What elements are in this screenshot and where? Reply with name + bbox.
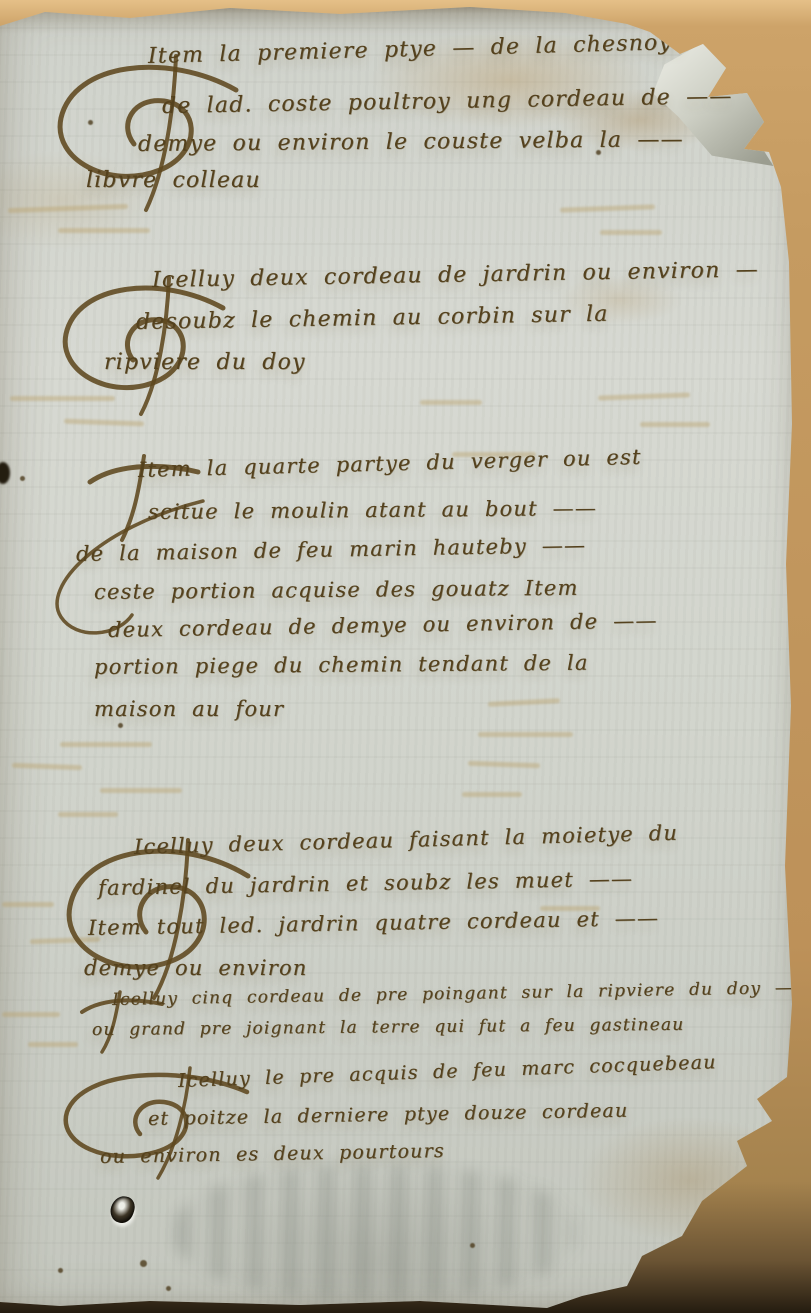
flourished-initial <box>55 272 230 417</box>
ghost-bleedthrough <box>598 392 690 400</box>
ghost-bleedthrough <box>58 812 118 817</box>
manuscript-line: demye ou environ le couste velba la —— <box>138 127 684 157</box>
ghost-bleedthrough <box>100 788 182 793</box>
ghost-bleedthrough <box>64 419 144 427</box>
ink-speck <box>58 1268 63 1273</box>
manuscript-line: scitue le moulin atant au bout —— <box>148 496 597 524</box>
manuscript-line: maison au four <box>94 697 284 721</box>
ink-speck <box>118 723 123 728</box>
manuscript-line: Item la quarte partye du verger ou est <box>138 445 642 482</box>
ghost-bleedthrough <box>420 400 482 405</box>
manuscript-line: Icelluy deux cordeau de jardrin ou envir… <box>152 257 759 293</box>
ghost-bleedthrough <box>2 1012 60 1017</box>
ghost-bleedthrough <box>600 230 662 235</box>
bottom-smudge-stain <box>175 1165 575 1300</box>
photo-background: Item la premiere ptye — de la chesnoye d… <box>0 0 811 1313</box>
ghost-bleedthrough <box>2 902 54 907</box>
manuscript-line: portion piege du chemin tendant de la <box>94 651 589 679</box>
ghost-bleedthrough <box>60 742 152 747</box>
manuscript-line: ripviere du doy <box>104 350 306 375</box>
manuscript-line: ou environ es deux pourtours <box>100 1140 445 1168</box>
ink-speck <box>140 1260 147 1267</box>
ghost-bleedthrough <box>462 792 522 797</box>
manuscript-line: libvre colleau <box>86 168 261 193</box>
ink-speck <box>20 476 25 481</box>
manuscript-line: ou grand pre joignant la terre qui fut a… <box>92 1015 685 1040</box>
manuscript-line: ceste portion acquise des gouatz Item <box>94 576 579 604</box>
ghost-bleedthrough <box>560 204 655 212</box>
ghost-bleedthrough <box>640 422 710 427</box>
manuscript-line: Item la premiere ptye — de la chesnoye <box>148 30 687 69</box>
edge-notch <box>0 462 10 484</box>
worm-hole <box>107 1193 137 1226</box>
manuscript-line: Icelluy le pre acquis de feu marc cocque… <box>178 1051 717 1092</box>
manuscript-line: demye ou environ <box>84 956 308 980</box>
ghost-bleedthrough <box>468 761 540 769</box>
ghost-bleedthrough <box>488 698 560 707</box>
ink-speck <box>470 1243 475 1248</box>
ghost-bleedthrough <box>28 1042 78 1047</box>
ghost-bleedthrough <box>12 763 82 770</box>
ink-speck <box>166 1286 171 1291</box>
ghost-bleedthrough <box>478 732 573 737</box>
manuscript-line: Icelluy deux cordeau faisant la moietye … <box>134 821 679 859</box>
manuscript-page: Item la premiere ptye — de la chesnoye d… <box>0 0 811 1313</box>
ghost-bleedthrough <box>58 228 150 233</box>
